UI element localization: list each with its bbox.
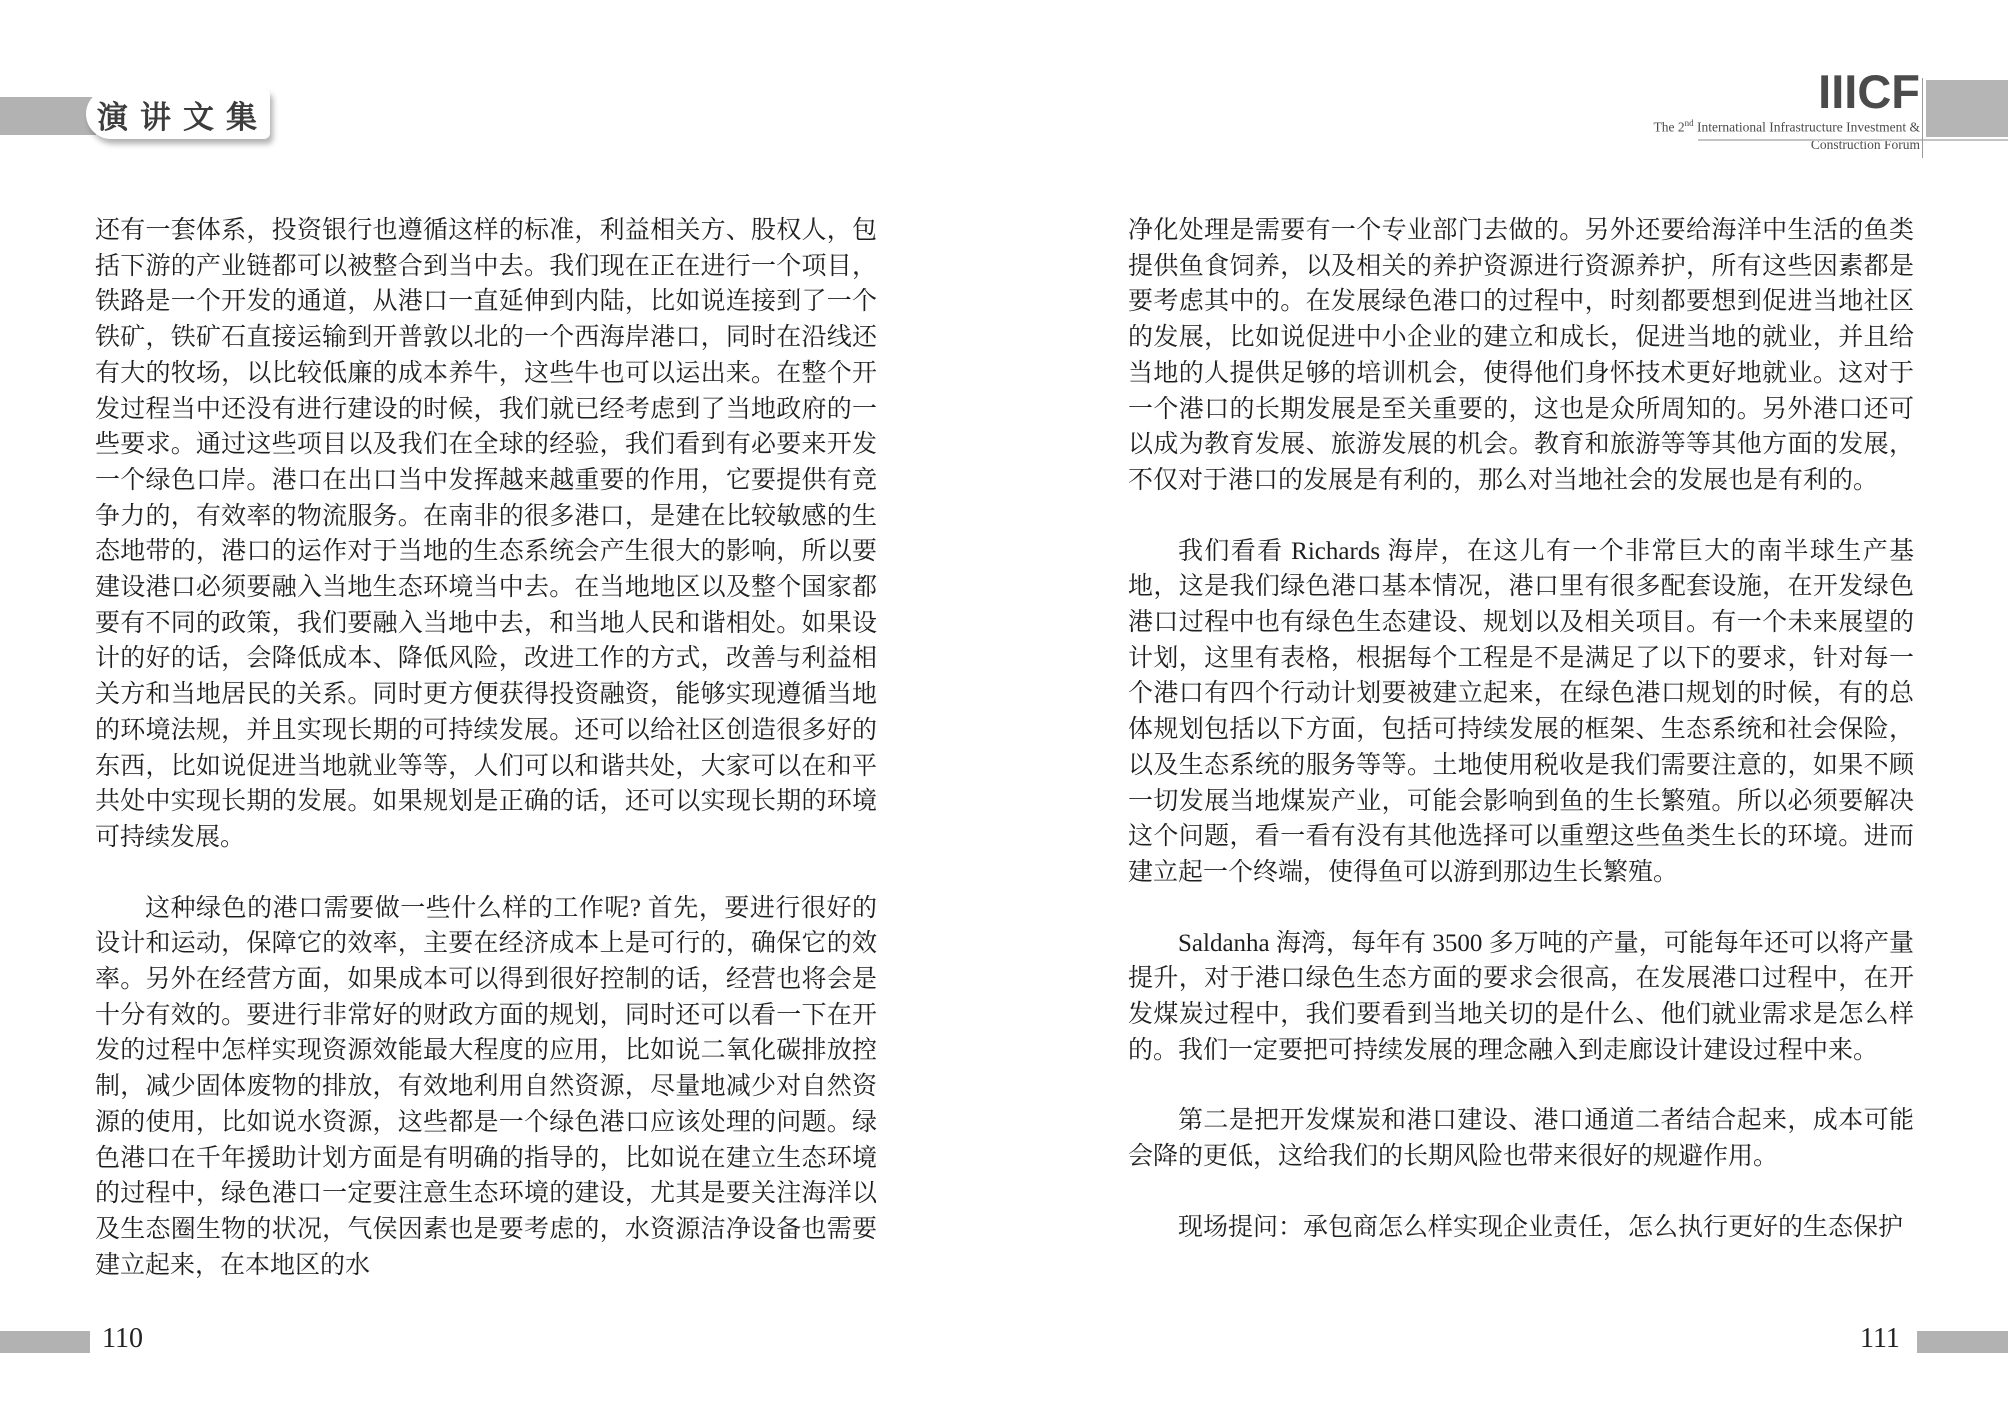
paragraph: 第二是把开发煤炭和港口建设、港口通道二者结合起来，成本可能会降的更低，这给我们的…: [1128, 1103, 1914, 1174]
page-number-left: 110: [102, 1323, 143, 1355]
left-page-text-column: 还有一套体系，投资银行也遵循这样的标准，利益相关方、股权人，包括下游的产业链都可…: [95, 213, 877, 1283]
iiicf-logo-block: IIICF The 2nd International Infrastructu…: [1653, 70, 1920, 155]
header-left-gray-bar: [0, 97, 96, 135]
paragraph: 现场提问：承包商怎么样实现企业责任，怎么执行更好的生态保护: [1128, 1210, 1914, 1246]
logo-subtitle-post: International Infrastructure Investment …: [1694, 119, 1920, 134]
paragraph: Saldanha 海湾，每年有 3500 多万吨的产量，可能每年还可以将产量提升…: [1128, 926, 1914, 1069]
paragraph: 还有一套体系，投资银行也遵循这样的标准，利益相关方、股权人，包括下游的产业链都可…: [95, 213, 877, 856]
paragraph: 我们看看 Richards 海岸，在这儿有一个非常巨大的南半球生产基地，这是我们…: [1128, 534, 1914, 891]
iiicf-logo-acronym: IIICF: [1653, 70, 1920, 115]
logo-subtitle-superscript: nd: [1685, 118, 1694, 128]
paragraph: 净化处理是需要有一个专业部门去做的。另外还要给海洋中生活的鱼类提供鱼食饲养，以及…: [1128, 213, 1914, 499]
right-page-text-column: 净化处理是需要有一个专业部门去做的。另外还要给海洋中生活的鱼类提供鱼食饲养，以及…: [1128, 213, 1914, 1246]
header-vertical-divider: [1922, 78, 1923, 158]
header-right-gray-block: [1926, 80, 2008, 137]
logo-subtitle-pre: The 2: [1653, 119, 1684, 134]
header-rule-line: [1698, 139, 2008, 141]
series-title-capsule: 演讲文集: [86, 89, 270, 139]
page-number-right: 111: [1860, 1323, 1900, 1355]
iiicf-logo-subtitle: The 2nd International Infrastructure Inv…: [1653, 117, 1920, 155]
footer-right-gray-bar: [1917, 1331, 2008, 1353]
series-title: 演讲文集: [87, 92, 269, 137]
footer-left-gray-bar: [0, 1331, 90, 1353]
paragraph: 这种绿色的港口需要做一些什么样的工作呢? 首先，要进行很好的设计和运动，保障它的…: [95, 891, 877, 1284]
